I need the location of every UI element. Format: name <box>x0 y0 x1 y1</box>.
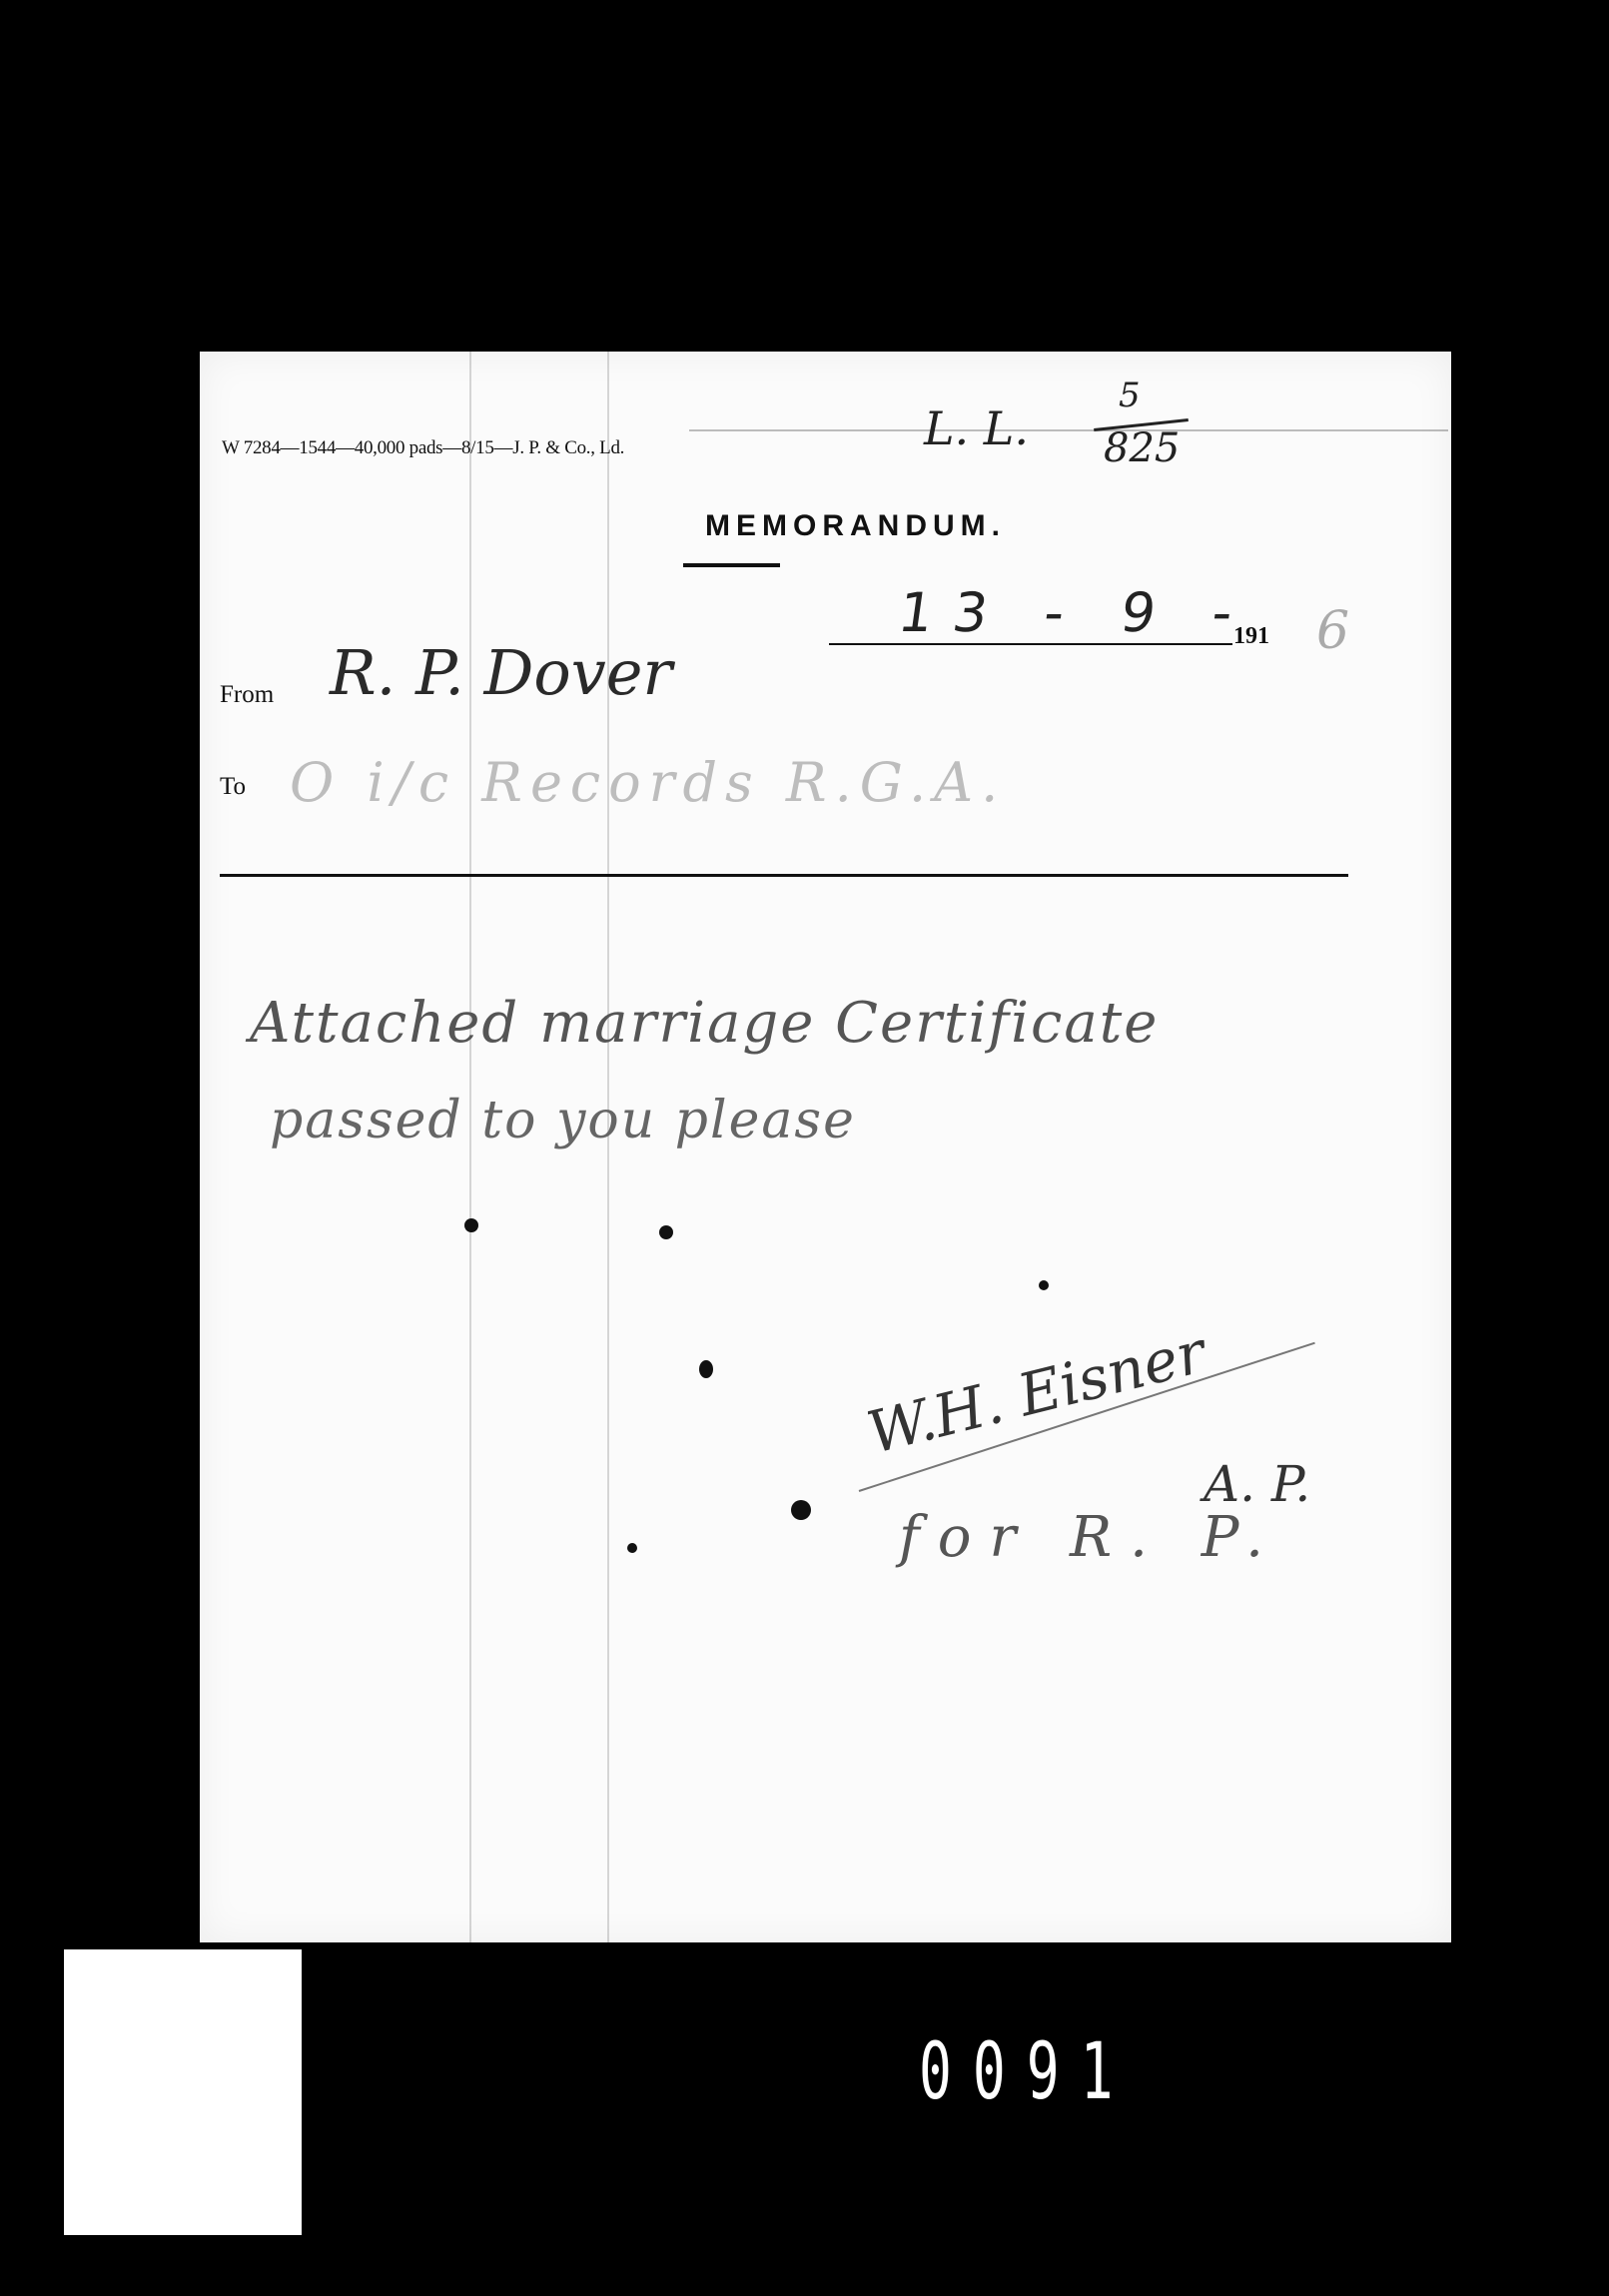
frame-number: 0091 <box>919 2027 1134 2117</box>
from-value: R. P. Dover <box>330 636 672 709</box>
ink-blot <box>699 1360 713 1378</box>
body-line: Attached marriage Certificate <box>250 991 1159 1056</box>
reference-denominator: 825 <box>1104 425 1180 471</box>
ink-blot <box>627 1543 637 1553</box>
header-separator <box>220 874 1348 877</box>
ink-blot <box>791 1500 811 1520</box>
printer-imprint: W 7284—1544—40,000 pads—8/15—J. P. & Co.… <box>222 437 624 459</box>
memorandum-sheet: W 7284—1544—40,000 pads—8/15—J. P. & Co.… <box>200 352 1451 1942</box>
signature-for: for R. P. <box>899 1505 1281 1570</box>
title-underline <box>683 563 780 567</box>
date-line <box>829 643 1232 645</box>
from-label: From <box>220 681 274 709</box>
reference-number: L. L. 5 825 <box>924 372 1253 481</box>
to-value: O i/c Records R.G.A. <box>290 751 1006 814</box>
date-year-handwritten: 6 <box>1316 601 1349 661</box>
ink-blot <box>1039 1280 1049 1290</box>
signature-suffix: A. P. <box>1204 1455 1310 1513</box>
reference-numerator: 5 <box>1119 376 1141 415</box>
body-line: passed to you please <box>270 1091 856 1150</box>
date-year-printed: 191 <box>1233 623 1269 650</box>
date-handwritten: 13 - 9 - <box>895 581 1256 644</box>
ink-blot <box>659 1225 673 1239</box>
to-label: To <box>220 773 246 801</box>
ink-blot <box>464 1218 478 1232</box>
page-title: MEMORANDUM. <box>200 509 1451 543</box>
reference-prefix: L. L. <box>924 401 1029 455</box>
blank-label <box>64 1949 302 2235</box>
